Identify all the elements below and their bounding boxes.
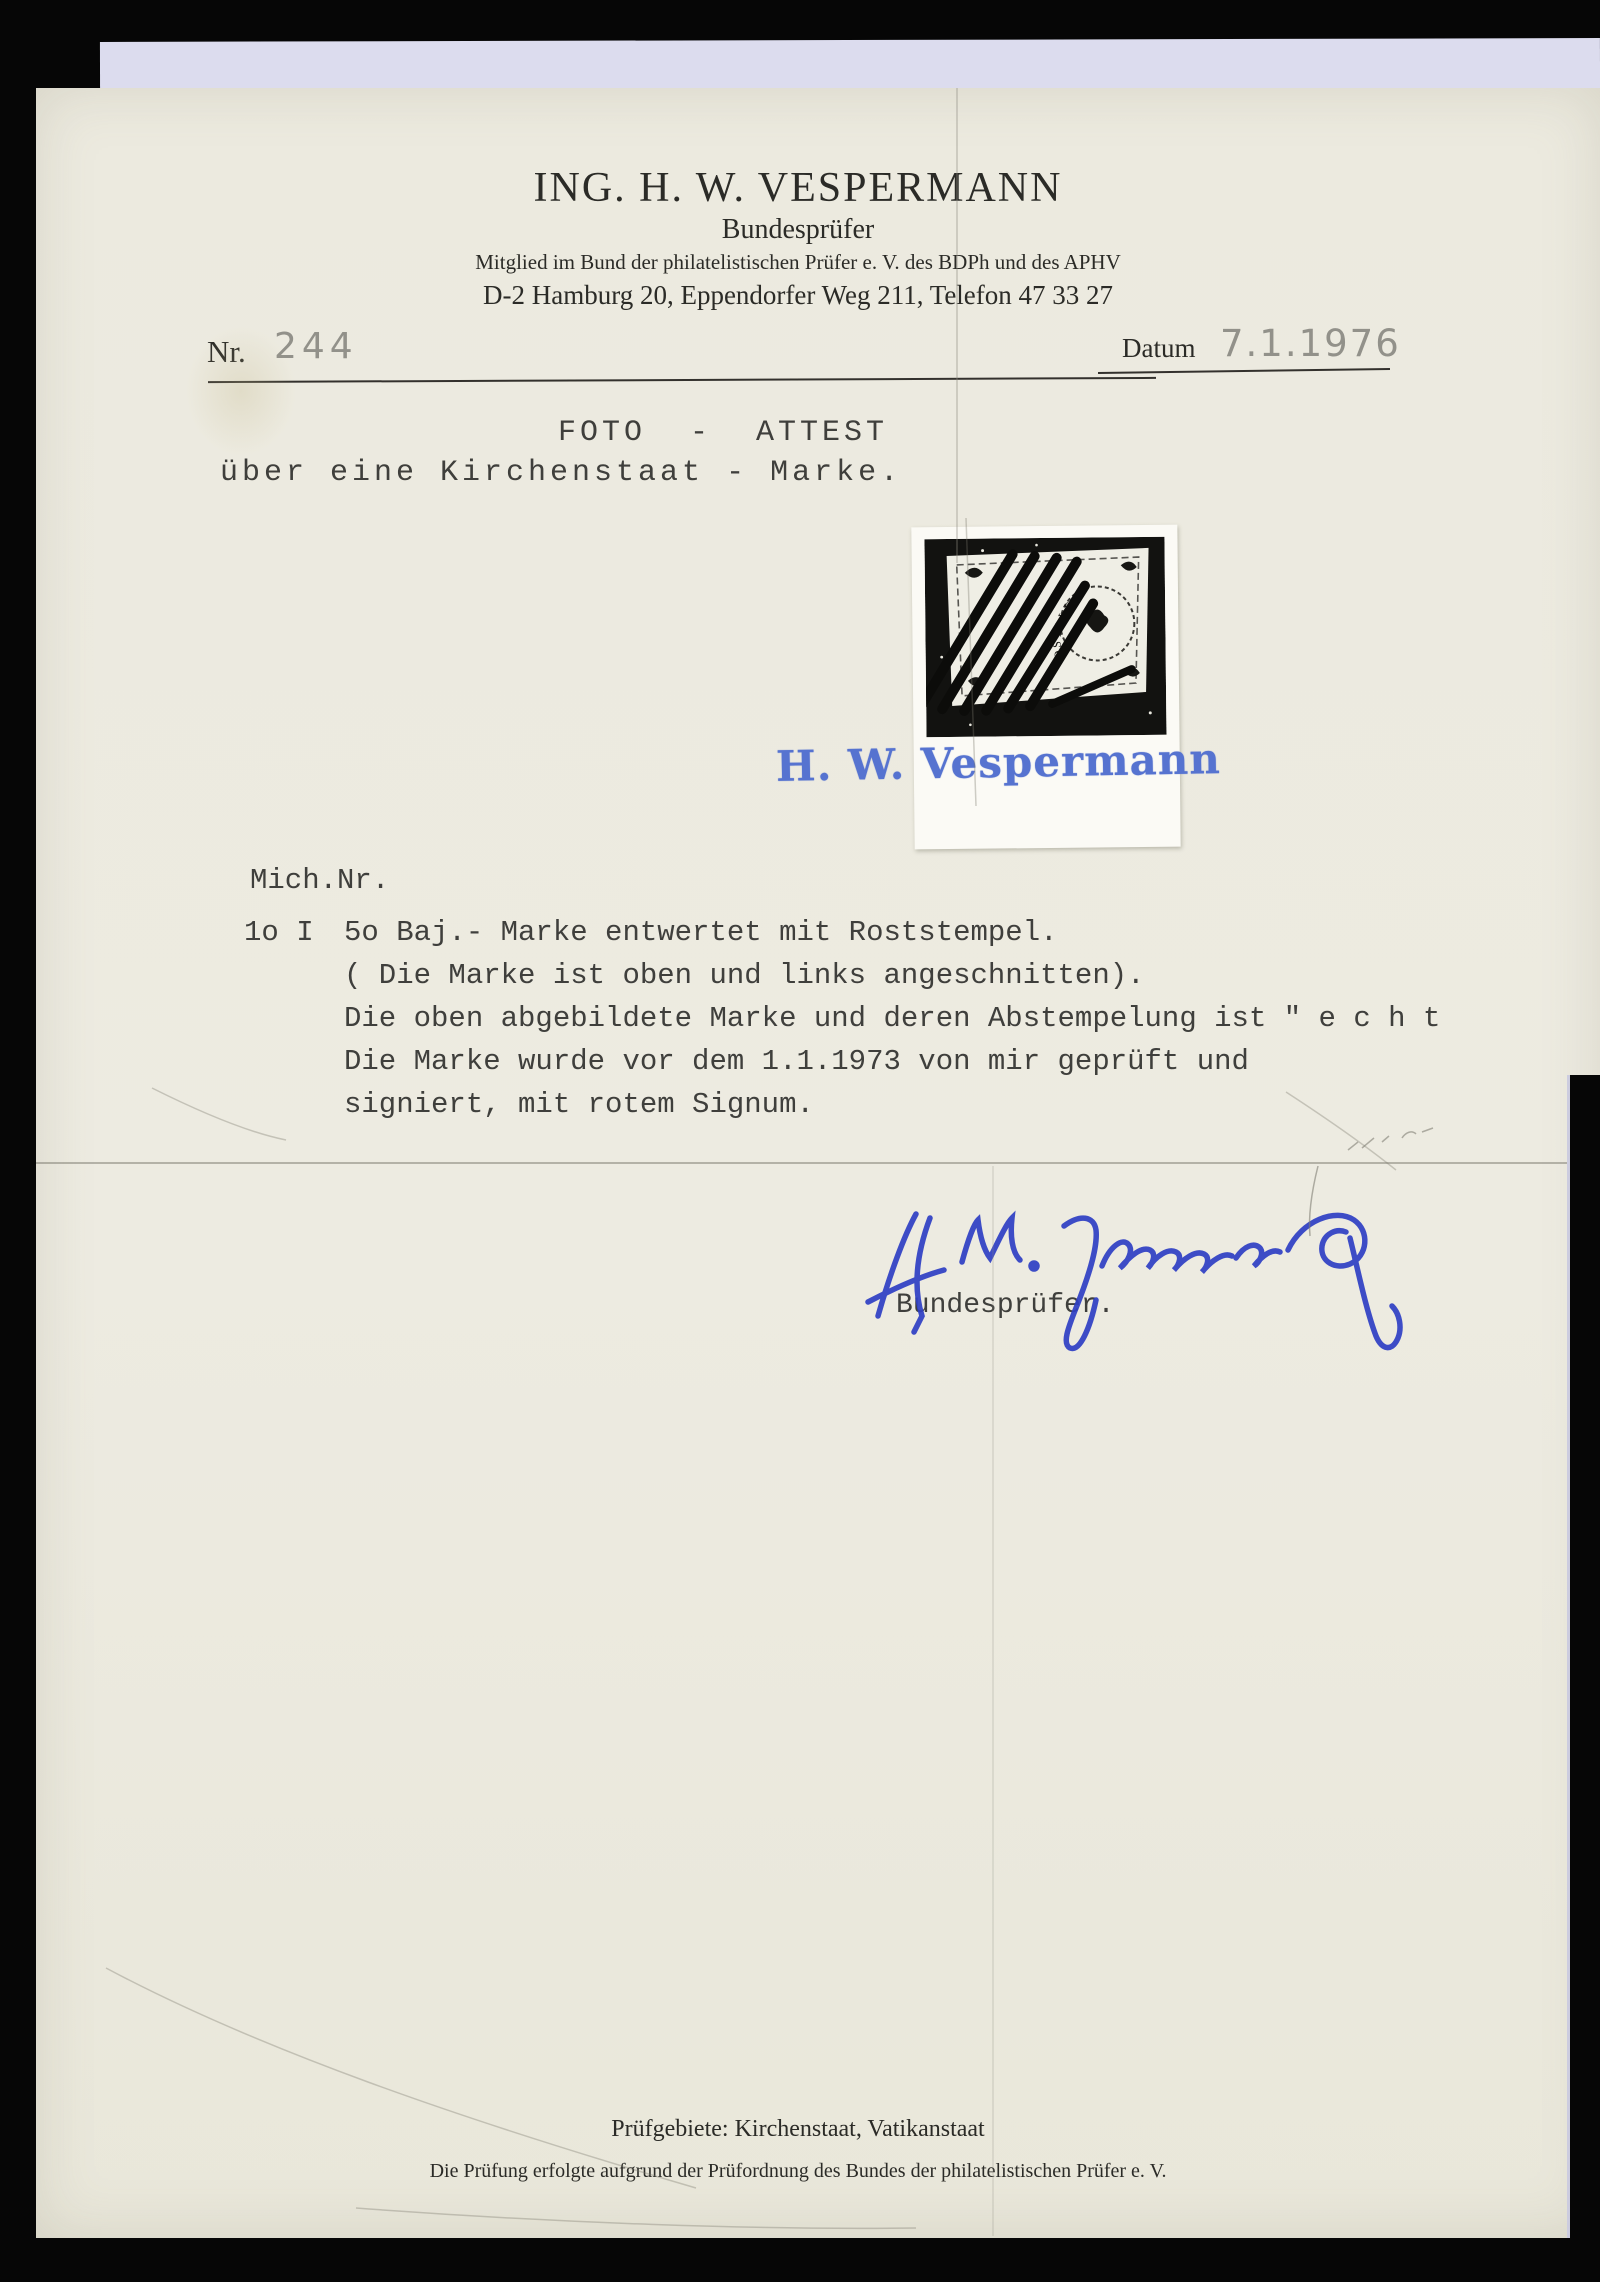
crease-overlay [36, 88, 1600, 2238]
certificate-paper: ING. H. W. VESPERMANN Bundesprüfer Mitgl… [36, 88, 1600, 2238]
scanned-certificate: ING. H. W. VESPERMANN Bundesprüfer Mitgl… [0, 0, 1600, 2282]
scanner-margin-right [1567, 1075, 1600, 2238]
pencil-scribble [1309, 1128, 1433, 1236]
